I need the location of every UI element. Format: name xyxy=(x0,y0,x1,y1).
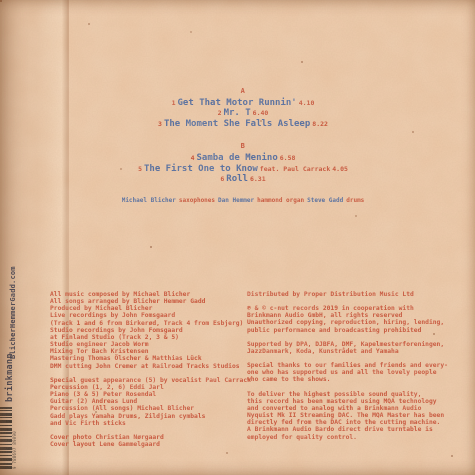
credit-line: Gadd plays Yamaha Drums, Zildjian cymbal… xyxy=(50,413,247,420)
credit-group: Cover photo Christian NørgaardCover layo… xyxy=(50,434,247,448)
credit-line: Percussion (All songs) Michael Blicher xyxy=(50,405,247,412)
track-number: 2 xyxy=(218,109,222,117)
credit-line: A Brinkmann Audio Bardo direct drive tur… xyxy=(247,426,450,433)
credit-group: Special thanks to our families and frien… xyxy=(247,362,450,383)
track-row: 4Samba de Menino6.58 xyxy=(68,153,418,163)
album-back-cover: A1Get That Motor Runnin'4.102Mr. T6.403T… xyxy=(0,0,475,475)
musician-name: Dan Hemmer xyxy=(218,197,254,204)
track-title: Get That Motor Runnin' xyxy=(178,98,297,108)
credit-line: employed for quality control. xyxy=(247,434,450,441)
track-number: 3 xyxy=(158,120,162,128)
credit-line: and converted to analog with a Brinkmann… xyxy=(247,405,450,412)
credit-line: Live recordings by John Fomsgaard xyxy=(50,312,247,319)
credit-line: who came to the shows. xyxy=(247,376,450,383)
track-title: Samba de Menino xyxy=(196,153,277,163)
track-number: 1 xyxy=(172,99,176,107)
side-b: B4Samba de Menino6.585The First One to K… xyxy=(68,142,418,184)
track-row: 3The Moment She Falls Asleep8.22 xyxy=(68,119,418,129)
credit-line: Supported by DPA, DJBFA, DMF, Kapelmeste… xyxy=(247,341,450,348)
website-vertical-text: BlicherHemmerGadd.com xyxy=(9,257,17,359)
track-duration: 6.40 xyxy=(253,109,269,117)
instrument-role: drums xyxy=(346,197,364,204)
track-duration: 4.05 xyxy=(332,165,348,173)
credit-line: Studio recordings by John Fomsgaard xyxy=(50,327,247,334)
credit-line: Special guest appearance (5) by vocalist… xyxy=(50,377,247,384)
credits-left-column: All music composed by Michael BlicherAll… xyxy=(50,291,247,448)
credit-group: ℗ & © c-nut records 2019 in cooperation … xyxy=(247,305,450,334)
credits-section: All music composed by Michael BlicherAll… xyxy=(50,291,450,448)
track-row: 5The First One to Knowfeat. Paul Carrack… xyxy=(68,164,418,174)
instrument-role: saxophones xyxy=(179,197,215,204)
musician-name: Michael Blicher xyxy=(122,197,176,204)
track-title: The Moment She Falls Asleep xyxy=(164,119,310,129)
track-number: 4 xyxy=(191,154,195,162)
side-label: B xyxy=(68,142,418,151)
track-row: 1Get That Motor Runnin'4.10 xyxy=(68,98,418,108)
track-number: 6 xyxy=(220,175,224,183)
track-duration: 6.31 xyxy=(250,175,266,183)
track-number: 5 xyxy=(138,165,142,173)
credits-right-column: Distributed by Proper Distribution Music… xyxy=(247,291,450,448)
musician-name: Steve Gadd xyxy=(307,197,343,204)
credit-line: and Vic Firth sticks xyxy=(50,420,247,427)
credit-line: To deliver the highest possible sound qu… xyxy=(247,391,450,398)
credit-line: Cover photo Christian Nørgaard xyxy=(50,434,247,441)
track-duration: 6.58 xyxy=(280,154,296,162)
credit-line: Percussion (1, 2, 6) Eddi Jarl xyxy=(50,384,247,391)
credit-line: Unauthorized copying, reproduction, hiri… xyxy=(247,319,450,326)
credit-line: JazzDanmark, Koda, Kunstrådet and Yamaha xyxy=(247,348,450,355)
barcode xyxy=(0,407,12,469)
credit-line: public performance and broadcasting proh… xyxy=(247,327,450,334)
instrument-role: hammond organ xyxy=(257,197,304,204)
track-title: Roll xyxy=(226,174,248,184)
track-duration: 4.10 xyxy=(299,99,315,107)
track-title: Mr. T xyxy=(224,108,251,118)
track-row: 6Roll6.31 xyxy=(68,174,418,184)
credit-line: Distributed by Proper Distribution Music… xyxy=(247,291,450,298)
credit-line: DMM cutting John Cremer at Railroad Trac… xyxy=(50,363,247,370)
credit-line: this record has been mastered using MQA … xyxy=(247,398,450,405)
track-featuring: feat. Paul Carrack xyxy=(260,165,330,173)
artist-credit-line: Michael BlichersaxophonesDan Hemmerhammo… xyxy=(68,197,418,204)
brinkmann-logo: brinkmann xyxy=(5,356,15,402)
track-title: The First One to Know xyxy=(144,164,258,174)
track-duration: 8.22 xyxy=(312,120,328,128)
credit-line: one who has supported us and all the lov… xyxy=(247,369,450,376)
credit-group: Distributed by Proper Distribution Music… xyxy=(247,291,450,298)
credit-line: Mastering Thomas Ölscher & Matthias Lück xyxy=(50,355,247,362)
credit-group: To deliver the highest possible sound qu… xyxy=(247,391,450,441)
credit-group: All music composed by Michael BlicherAll… xyxy=(50,291,247,370)
track-row: 2Mr. T6.40 xyxy=(68,108,418,118)
tracklist: A1Get That Motor Runnin'4.102Mr. T6.403T… xyxy=(68,87,418,184)
credit-group: Special guest appearance (5) by vocalist… xyxy=(50,377,247,427)
paper-speckles xyxy=(0,0,2,2)
side-label: A xyxy=(68,87,418,96)
credit-line: (Track 1 and 6 from Birkerød, Track 4 fr… xyxy=(50,320,247,327)
side-a: A1Get That Motor Runnin'4.102Mr. T6.403T… xyxy=(68,87,418,129)
barcode-digits: 9 788697 89090 xyxy=(12,407,17,469)
credit-line: Cover layout Lene Gammelgaard xyxy=(50,441,247,448)
credit-group: Supported by DPA, DJBFA, DMF, Kapelmeste… xyxy=(247,341,450,355)
credit-line: Special thanks to our families and frien… xyxy=(247,362,450,369)
